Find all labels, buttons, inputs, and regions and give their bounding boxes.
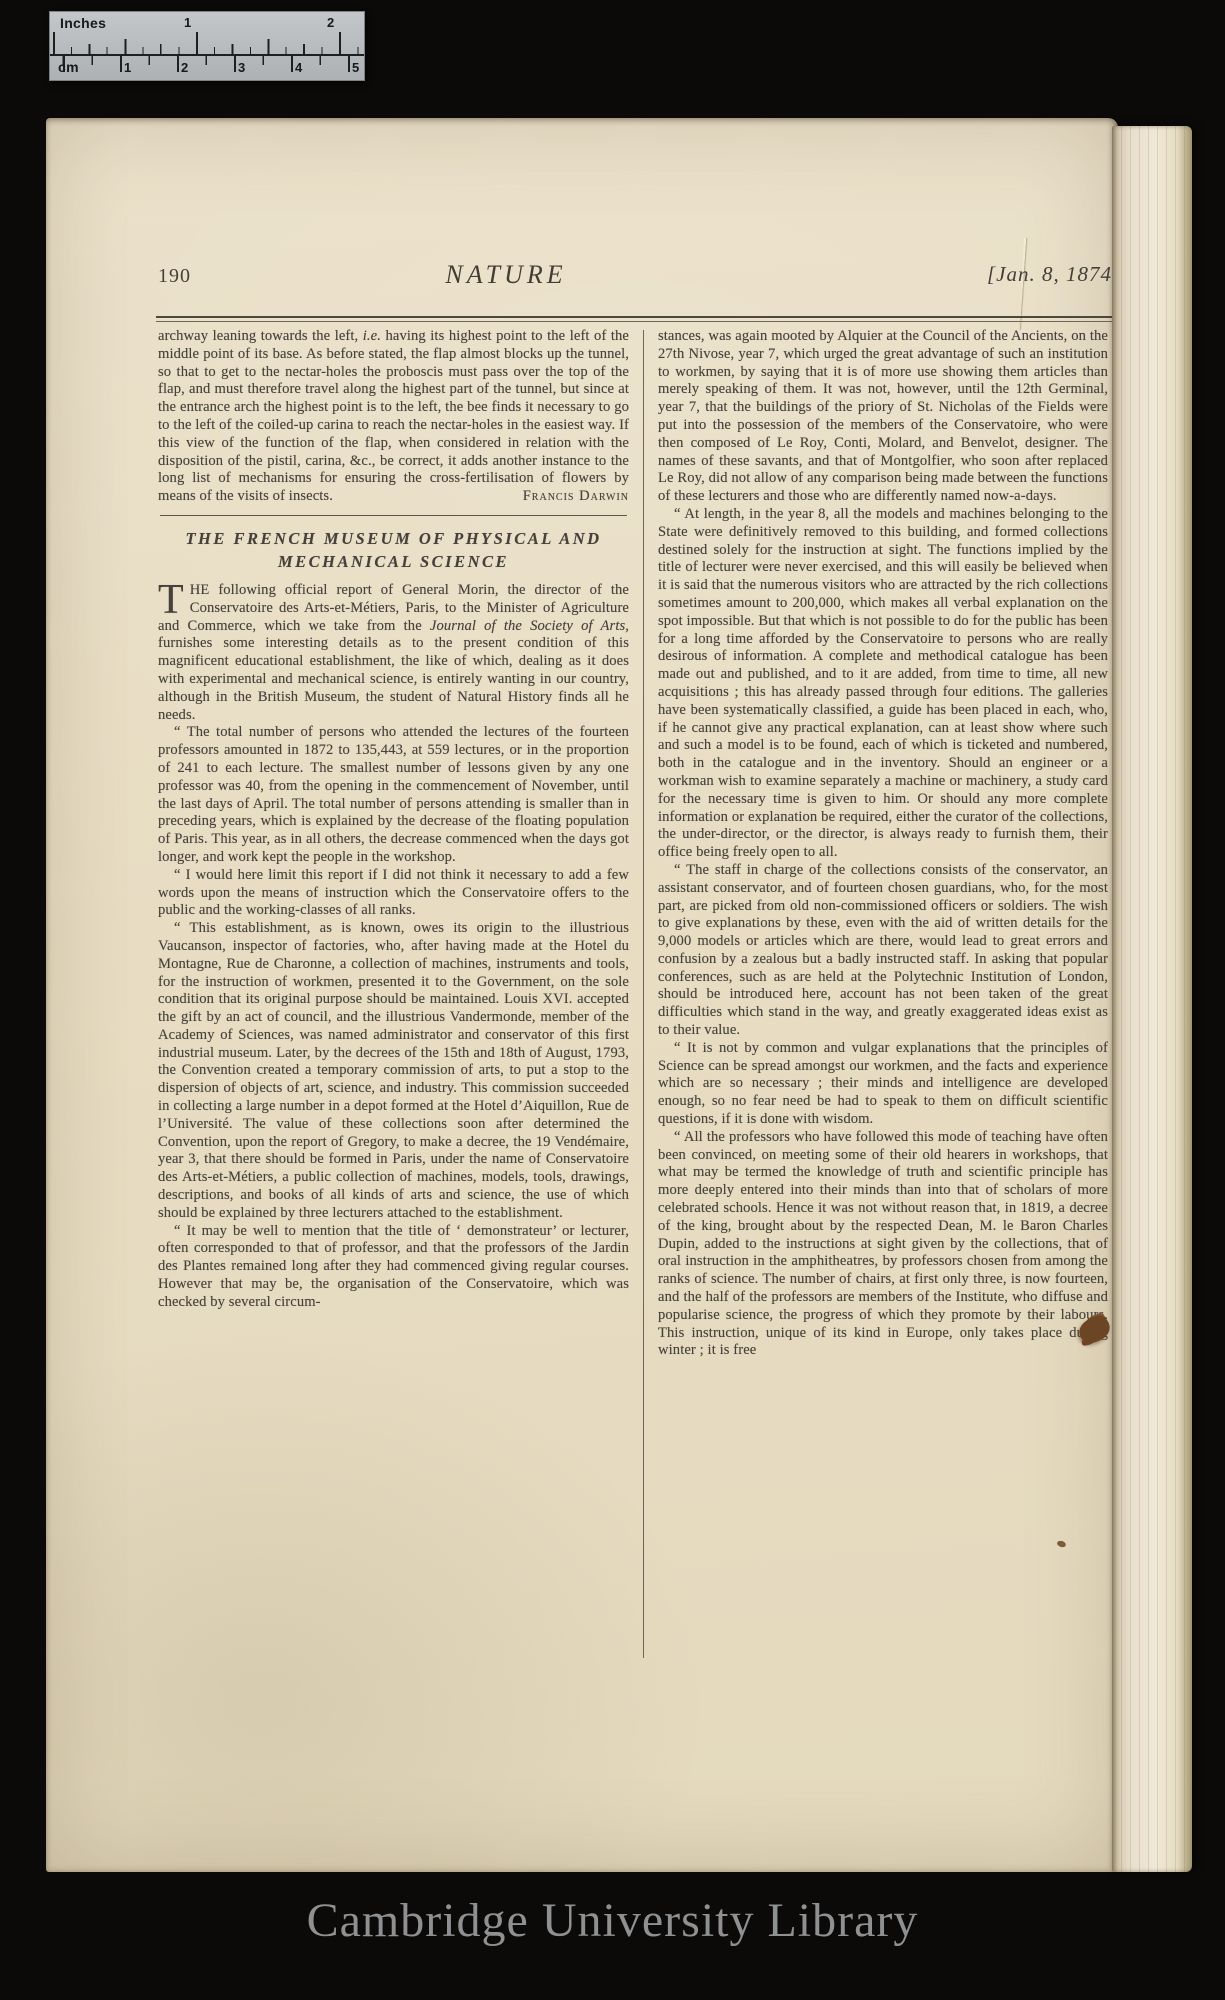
article2-paragraph: “ All the professors who have followed t… xyxy=(658,1129,1108,1360)
article1-signature: Francis Darwin xyxy=(515,488,629,506)
article-separator-rule xyxy=(160,515,627,516)
article1-italic-ie: i.e. xyxy=(363,328,381,344)
ruler-inches-label: Inches xyxy=(60,15,106,31)
ruler-cm-label: cm xyxy=(58,59,79,75)
article1-closing-paragraph: archway leaning towards the left, i.e. h… xyxy=(158,328,629,506)
article2-paragraph: “ This establishment, as is known, owes … xyxy=(158,920,629,1223)
article2-title: THE FRENCH MUSEUM OF PHYSICAL ANDMECHANI… xyxy=(158,527,629,573)
ruler-cm-number: 4 xyxy=(295,60,302,75)
ruler-cm-number: 2 xyxy=(181,60,188,75)
scanned-page: 190 NATURE [Jan. 8, 1874 archway leaning… xyxy=(46,118,1118,1872)
article2-paragraph: THE following official report of General… xyxy=(158,582,629,724)
article2-paragraph: “ It is not by common and vulgar explana… xyxy=(658,1040,1108,1129)
issue-date: [Jan. 8, 1874 xyxy=(987,262,1112,287)
article1-text: archway leaning towards the left, xyxy=(158,328,363,344)
article2-paragraph: “ I would here limit this report if I di… xyxy=(158,867,629,920)
drop-cap: T xyxy=(158,582,190,617)
article2-paragraph: “ It may be well to mention that the tit… xyxy=(158,1223,629,1312)
article2-paragraph: “ At length, in the year 8, all the mode… xyxy=(658,506,1108,862)
book-fore-edge xyxy=(1112,126,1192,1872)
journal-of-society-of-arts-italic: Journal of the Society of Arts xyxy=(430,618,625,634)
ruler-cm-number: 3 xyxy=(238,60,245,75)
left-column: archway leaning towards the left, i.e. h… xyxy=(158,328,629,1312)
article2-paragraph: stances, was again mooted by Alquier at … xyxy=(658,328,1108,506)
article2-title-line2: MECHANICAL SCIENCE xyxy=(278,552,509,571)
article2-paragraph: “ The total number of persons who attend… xyxy=(158,724,629,866)
article1-text: having its highest point to the left of … xyxy=(158,328,629,504)
article2-paragraph: “ The staff in charge of the collections… xyxy=(658,862,1108,1040)
library-scan-screenshot: { "ruler": { "inches_label": "Inches", "… xyxy=(0,0,1225,2000)
header-rule xyxy=(156,316,1114,322)
measurement-ruler: Inches 1 2 cm 1 2 3 4 5 xyxy=(50,12,364,80)
ruler-cm-number: 5 xyxy=(352,60,359,75)
ruler-inch-number: 1 xyxy=(184,15,191,30)
page-number: 190 xyxy=(158,265,191,288)
library-watermark: Cambridge University Library xyxy=(0,1893,1225,1948)
right-column: stances, was again mooted by Alquier at … xyxy=(658,328,1108,1360)
ruler-cm-number: 1 xyxy=(124,60,131,75)
ruler-cm-ticks xyxy=(50,56,364,80)
article2-title-line1: THE FRENCH MUSEUM OF PHYSICAL AND xyxy=(185,529,601,548)
ruler-inch-number: 2 xyxy=(327,15,334,30)
journal-title: NATURE xyxy=(356,260,656,290)
column-divider xyxy=(643,330,644,1658)
